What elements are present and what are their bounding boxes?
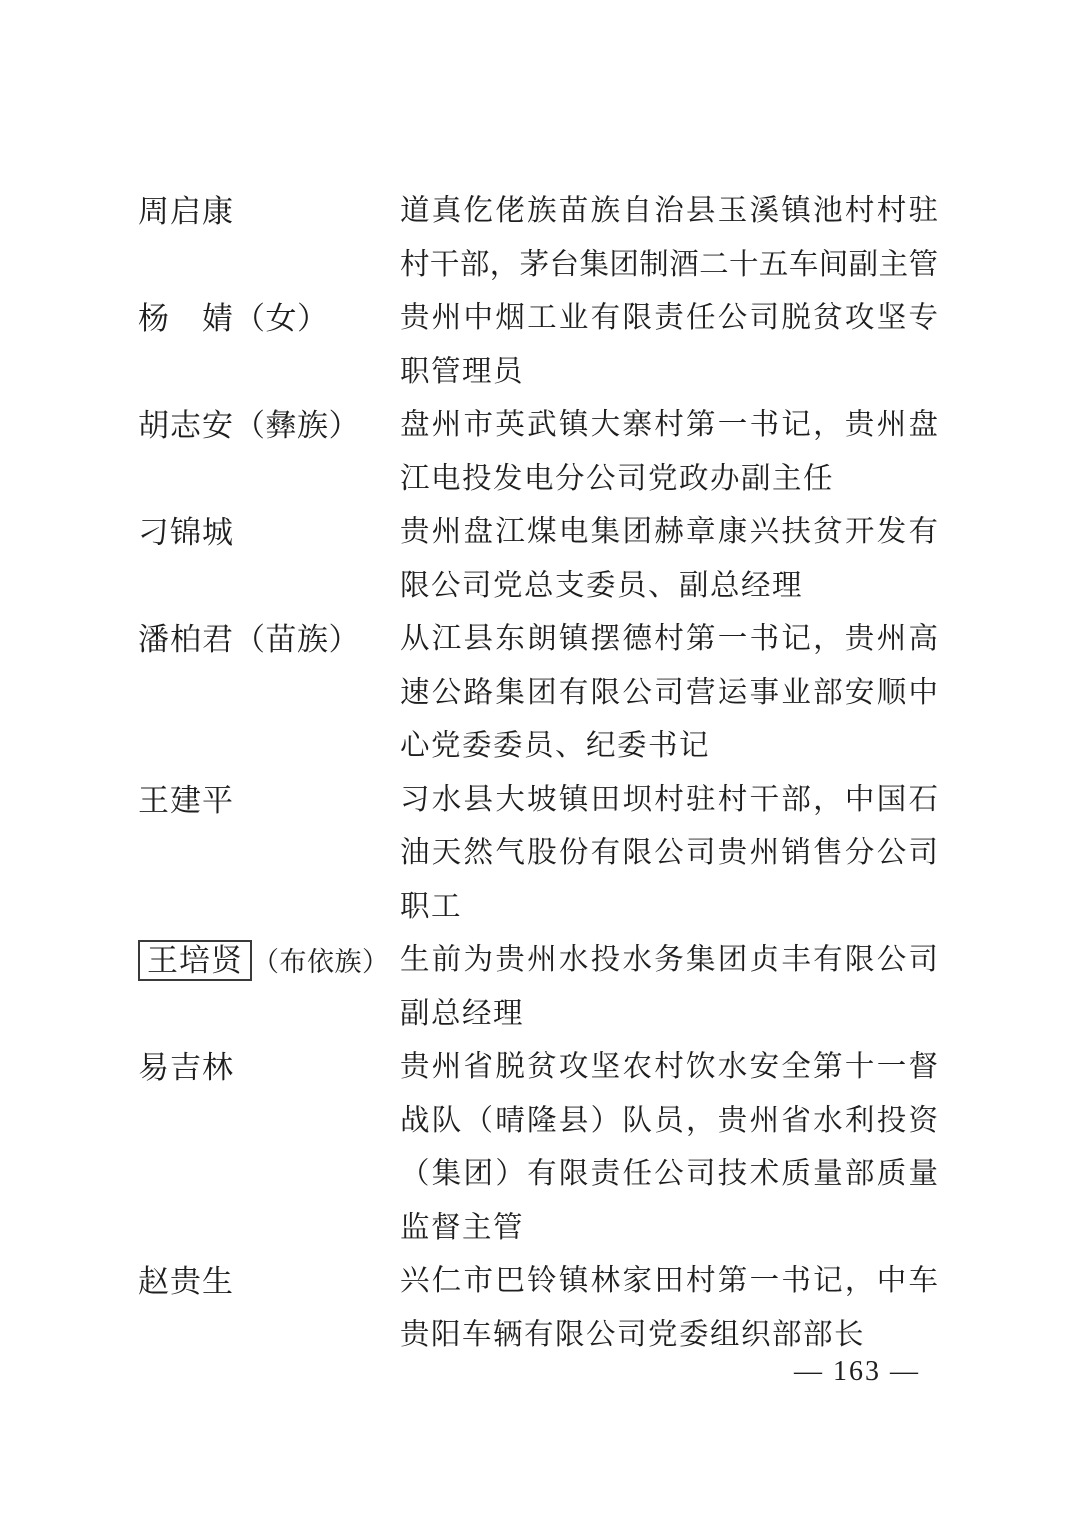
description-line: 贵州省脱贫攻坚农村饮水安全第十一督 — [400, 1041, 938, 1095]
entry-description: 兴仁市巴铃镇林家田村第一书记，中车贵阳车辆有限公司党委组织部部长 — [400, 1255, 938, 1362]
entry-description: 盘州市英武镇大寨村第一书记，贵州盘江电投发电分公司党政办副主任 — [400, 399, 938, 506]
entry-row: 王建平习水县大坡镇田坝村驻村干部，中国石油天然气股份有限公司贵州销售分公司职工 — [138, 774, 938, 935]
person-name: 胡志安 — [138, 408, 234, 443]
entry-row: 易吉林贵州省脱贫攻坚农村饮水安全第十一督战队（晴隆县）队员，贵州省水利投资（集团… — [138, 1041, 938, 1255]
description-line: 贵州中烟工业有限责任公司脱贫攻坚专 — [400, 292, 938, 346]
page-number: — 163 — — [794, 1352, 920, 1392]
entry-row: 赵贵生兴仁市巴铃镇林家田村第一书记，中车贵阳车辆有限公司党委组织部部长 — [138, 1255, 938, 1362]
description-line: 从江县东朗镇摆德村第一书记，贵州高 — [400, 613, 938, 667]
honor-roll-list: 周启康道真仡佬族苗族自治县玉溪镇池村村驻村干部，茅台集团制酒二十五车间副主管杨 … — [138, 185, 938, 1362]
person-name: 王建平 — [138, 783, 234, 818]
entry-name-cell: 潘柏君（苗族） — [138, 613, 400, 667]
description-line: 心党委委员、纪委书记 — [400, 720, 938, 774]
entry-row: 周启康道真仡佬族苗族自治县玉溪镇池村村驻村干部，茅台集团制酒二十五车间副主管 — [138, 185, 938, 292]
name-annotation: （女） — [234, 301, 329, 336]
description-line: 村干部，茅台集团制酒二十五车间副主管 — [400, 239, 938, 293]
entry-description: 从江县东朗镇摆德村第一书记，贵州高速公路集团有限公司营运事业部安顺中心党委委员、… — [400, 613, 938, 774]
description-line: 道真仡佬族苗族自治县玉溪镇池村村驻 — [400, 185, 938, 239]
entry-name-cell: 杨 婧（女） — [138, 292, 400, 346]
entry-description: 贵州省脱贫攻坚农村饮水安全第十一督战队（晴隆县）队员，贵州省水利投资（集团）有限… — [400, 1041, 938, 1255]
entry-row: 潘柏君（苗族）从江县东朗镇摆德村第一书记，贵州高速公路集团有限公司营运事业部安顺… — [138, 613, 938, 774]
entry-name-cell: 赵贵生 — [138, 1255, 400, 1309]
description-line: 习水县大坡镇田坝村驻村干部，中国石 — [400, 774, 938, 828]
entry-row: 王培贤（布依族）生前为贵州水投水务集团贞丰有限公司副总经理 — [138, 934, 938, 1041]
description-line: 战队（晴隆县）队员，贵州省水利投资 — [400, 1095, 938, 1149]
document-page: 周启康道真仡佬族苗族自治县玉溪镇池村村驻村干部，茅台集团制酒二十五车间副主管杨 … — [0, 0, 1080, 1527]
description-line: 职工 — [400, 881, 938, 935]
description-line: 生前为贵州水投水务集团贞丰有限公司 — [400, 934, 938, 988]
person-name: 杨 婧 — [138, 301, 234, 336]
description-line: 副总经理 — [400, 988, 938, 1042]
description-line: 限公司党总支委员、副总经理 — [400, 560, 938, 614]
person-name: 周启康 — [138, 194, 234, 229]
entry-name-cell: 王建平 — [138, 774, 400, 828]
entry-description: 道真仡佬族苗族自治县玉溪镇池村村驻村干部，茅台集团制酒二十五车间副主管 — [400, 185, 938, 292]
name-annotation: （彝族） — [234, 408, 360, 443]
entry-row: 刁锦城贵州盘江煤电集团赫章康兴扶贫开发有限公司党总支委员、副总经理 — [138, 506, 938, 613]
entry-name-cell: 易吉林 — [138, 1041, 400, 1095]
description-line: 盘州市英武镇大寨村第一书记，贵州盘 — [400, 399, 938, 453]
description-line: 监督主管 — [400, 1202, 938, 1256]
entry-row: 胡志安（彝族）盘州市英武镇大寨村第一书记，贵州盘江电投发电分公司党政办副主任 — [138, 399, 938, 506]
entry-name-cell: 刁锦城 — [138, 506, 400, 560]
entry-description: 习水县大坡镇田坝村驻村干部，中国石油天然气股份有限公司贵州销售分公司职工 — [400, 774, 938, 935]
description-line: 速公路集团有限公司营运事业部安顺中 — [400, 667, 938, 721]
description-line: 油天然气股份有限公司贵州销售分公司 — [400, 827, 938, 881]
entry-description: 贵州盘江煤电集团赫章康兴扶贫开发有限公司党总支委员、副总经理 — [400, 506, 938, 613]
entry-name-cell: 胡志安（彝族） — [138, 399, 400, 453]
entry-name-cell: 王培贤（布依族） — [138, 934, 400, 990]
entry-description: 生前为贵州水投水务集团贞丰有限公司副总经理 — [400, 934, 938, 1041]
name-annotation: （布依族） — [252, 947, 390, 977]
deceased-name-box: 王培贤 — [138, 940, 252, 981]
entry-name-cell: 周启康 — [138, 185, 400, 239]
person-name: 潘柏君 — [138, 622, 234, 657]
description-line: 江电投发电分公司党政办副主任 — [400, 453, 938, 507]
person-name: 易吉林 — [138, 1050, 234, 1085]
entry-row: 杨 婧（女）贵州中烟工业有限责任公司脱贫攻坚专职管理员 — [138, 292, 938, 399]
description-line: 贵州盘江煤电集团赫章康兴扶贫开发有 — [400, 506, 938, 560]
description-line: 兴仁市巴铃镇林家田村第一书记，中车 — [400, 1255, 938, 1309]
person-name: 赵贵生 — [138, 1264, 234, 1299]
person-name: 刁锦城 — [138, 515, 234, 550]
name-annotation: （苗族） — [234, 622, 360, 657]
description-line: 职管理员 — [400, 346, 938, 400]
entry-description: 贵州中烟工业有限责任公司脱贫攻坚专职管理员 — [400, 292, 938, 399]
description-line: （集团）有限责任公司技术质量部质量 — [400, 1148, 938, 1202]
